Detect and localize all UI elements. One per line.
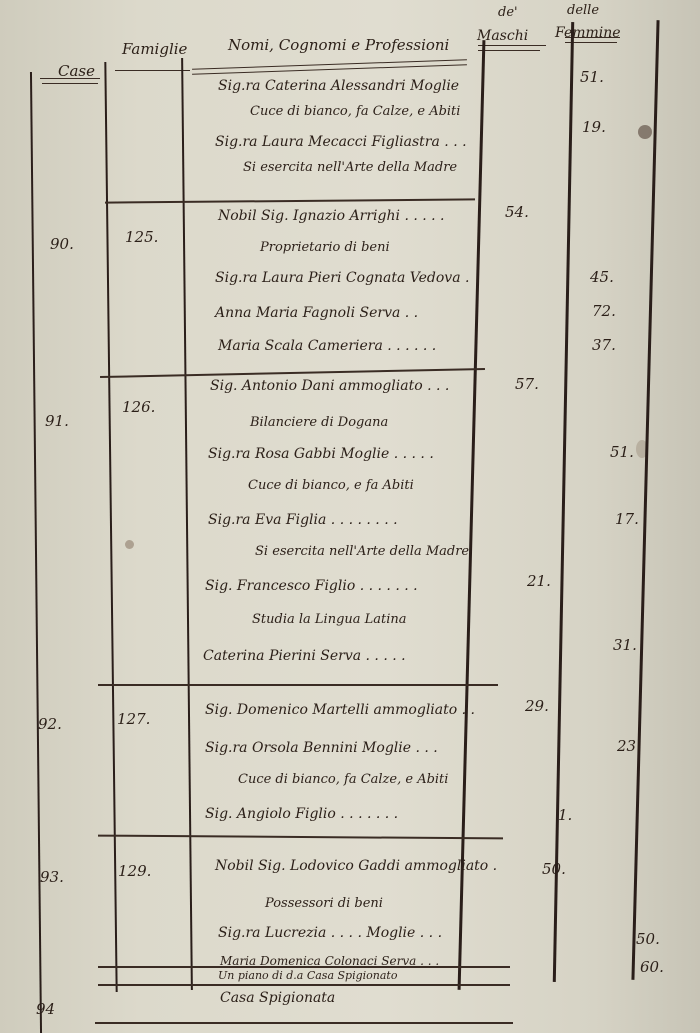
entry-profession: Cuce di bianco, fa Calze, e Abiti bbox=[238, 772, 448, 787]
entry-name: Maria Domenica Colonaci Serva . . . bbox=[220, 954, 439, 968]
column-rule bbox=[30, 72, 42, 1033]
femmine-count: 19. bbox=[582, 118, 606, 136]
entry-name: Sig. Domenico Martelli ammogliato . . bbox=[205, 702, 475, 718]
column-rule bbox=[631, 20, 659, 980]
row-rule bbox=[98, 684, 498, 686]
header-femmine: Femmine bbox=[555, 25, 621, 41]
row-rule bbox=[98, 835, 503, 839]
entry-name: Sig.ra Eva Figlia . . . . . . . . bbox=[208, 512, 398, 528]
casa-number: 94 bbox=[36, 1000, 55, 1018]
row-rule bbox=[105, 198, 475, 203]
entry-name: Sig. Antonio Dani ammogliato . . . bbox=[210, 378, 449, 394]
entry-profession: Proprietario di beni bbox=[260, 240, 390, 255]
header-underline bbox=[478, 45, 546, 46]
maschi-count: 57. bbox=[515, 375, 539, 393]
entry-name: Nobil Sig. Ignazio Arrighi . . . . . bbox=[218, 208, 445, 224]
femmine-count: 72. bbox=[592, 302, 616, 320]
femmine-count: 37. bbox=[592, 336, 616, 354]
header-underline bbox=[42, 83, 98, 84]
entry-name: Anna Maria Fagnoli Serva . . bbox=[215, 305, 418, 321]
entry-name: Sig.ra Rosa Gabbi Moglie . . . . . bbox=[208, 446, 434, 462]
femmine-count: 51. bbox=[580, 68, 604, 86]
maschi-count: 29. bbox=[525, 697, 549, 715]
header-underline bbox=[478, 50, 540, 51]
entry-name: Sig. Angiolo Figlio . . . . . . . bbox=[205, 806, 398, 822]
femmine-count: 45. bbox=[590, 268, 614, 286]
header-underline bbox=[40, 78, 100, 79]
entry-name: Sig.ra Orsola Bennini Moglie . . . bbox=[205, 740, 438, 756]
femmine-count: 31. bbox=[613, 636, 637, 654]
row-rule bbox=[95, 1022, 513, 1024]
header-underline bbox=[115, 70, 190, 71]
casa-number: 91. bbox=[45, 412, 69, 430]
ink-stain bbox=[638, 125, 652, 139]
header-femmine-top: delle bbox=[567, 3, 599, 18]
femmine-count: 60. bbox=[640, 958, 664, 976]
entry-profession: Cuce di bianco, fa Calze, e Abiti bbox=[250, 104, 460, 119]
femmine-count: 50. bbox=[636, 930, 660, 948]
column-rule bbox=[553, 22, 574, 982]
ink-stain bbox=[125, 540, 134, 549]
header-underline bbox=[192, 64, 467, 75]
row-rule bbox=[98, 984, 510, 986]
famiglia-number: 129. bbox=[118, 862, 151, 880]
famiglia-number: 125. bbox=[125, 228, 158, 246]
entry-name: Maria Scala Cameriera . . . . . . bbox=[218, 338, 436, 354]
entry-name: Sig.ra Laura Pieri Cognata Vedova . bbox=[215, 270, 469, 286]
entry-name: Caterina Pierini Serva . . . . . bbox=[203, 648, 406, 664]
entry-name: Sig.ra Lucrezia . . . . Moglie . . . bbox=[218, 925, 442, 941]
ledger-page: Case Famiglie Nomi, Cognomi e Profession… bbox=[0, 0, 700, 1033]
entry-profession: Si esercita nell'Arte della Madre bbox=[255, 544, 469, 559]
maschi-count: 21. bbox=[527, 572, 551, 590]
header-nomi: Nomi, Cognomi e Professioni bbox=[228, 36, 449, 54]
entry-name: Sig. Francesco Figlio . . . . . . . bbox=[205, 578, 418, 594]
entry-name: Sig.ra Caterina Alessandri Moglie bbox=[218, 78, 459, 94]
casa-number: 93. bbox=[40, 868, 64, 886]
maschi-count: 1. bbox=[558, 806, 572, 824]
casa-number: 92. bbox=[38, 715, 62, 733]
entry-note: Un piano di d.a Casa Spigionato bbox=[218, 969, 397, 982]
column-rule bbox=[458, 40, 486, 990]
famiglia-number: 127. bbox=[117, 710, 150, 728]
femmine-count: 51. bbox=[610, 443, 634, 461]
entry-profession: Si esercita nell'Arte della Madre bbox=[243, 160, 457, 175]
maschi-count: 50. bbox=[542, 860, 566, 878]
casa-number: 90. bbox=[50, 235, 74, 253]
maschi-count: 54. bbox=[505, 203, 529, 221]
entry-profession: Studia la Lingua Latina bbox=[252, 612, 407, 627]
entry-name: Nobil Sig. Lodovico Gaddi ammogliato . bbox=[215, 858, 497, 874]
entry-name: Casa Spigionata bbox=[220, 990, 335, 1006]
header-famiglie: Famiglie bbox=[122, 40, 187, 58]
column-rule bbox=[181, 58, 193, 990]
femmine-count: 17. bbox=[615, 510, 639, 528]
entry-name: Sig.ra Laura Mecacci Figliastra . . . bbox=[215, 134, 467, 150]
entry-profession: Cuce di bianco, e fa Abiti bbox=[248, 478, 414, 493]
entry-profession: Possessori di beni bbox=[265, 896, 383, 911]
femmine-count: 23. bbox=[617, 737, 641, 755]
row-rule bbox=[100, 368, 485, 378]
entry-profession: Bilanciere di Dogana bbox=[250, 415, 388, 430]
header-maschi-top: de' bbox=[498, 5, 518, 20]
famiglia-number: 126. bbox=[122, 398, 155, 416]
